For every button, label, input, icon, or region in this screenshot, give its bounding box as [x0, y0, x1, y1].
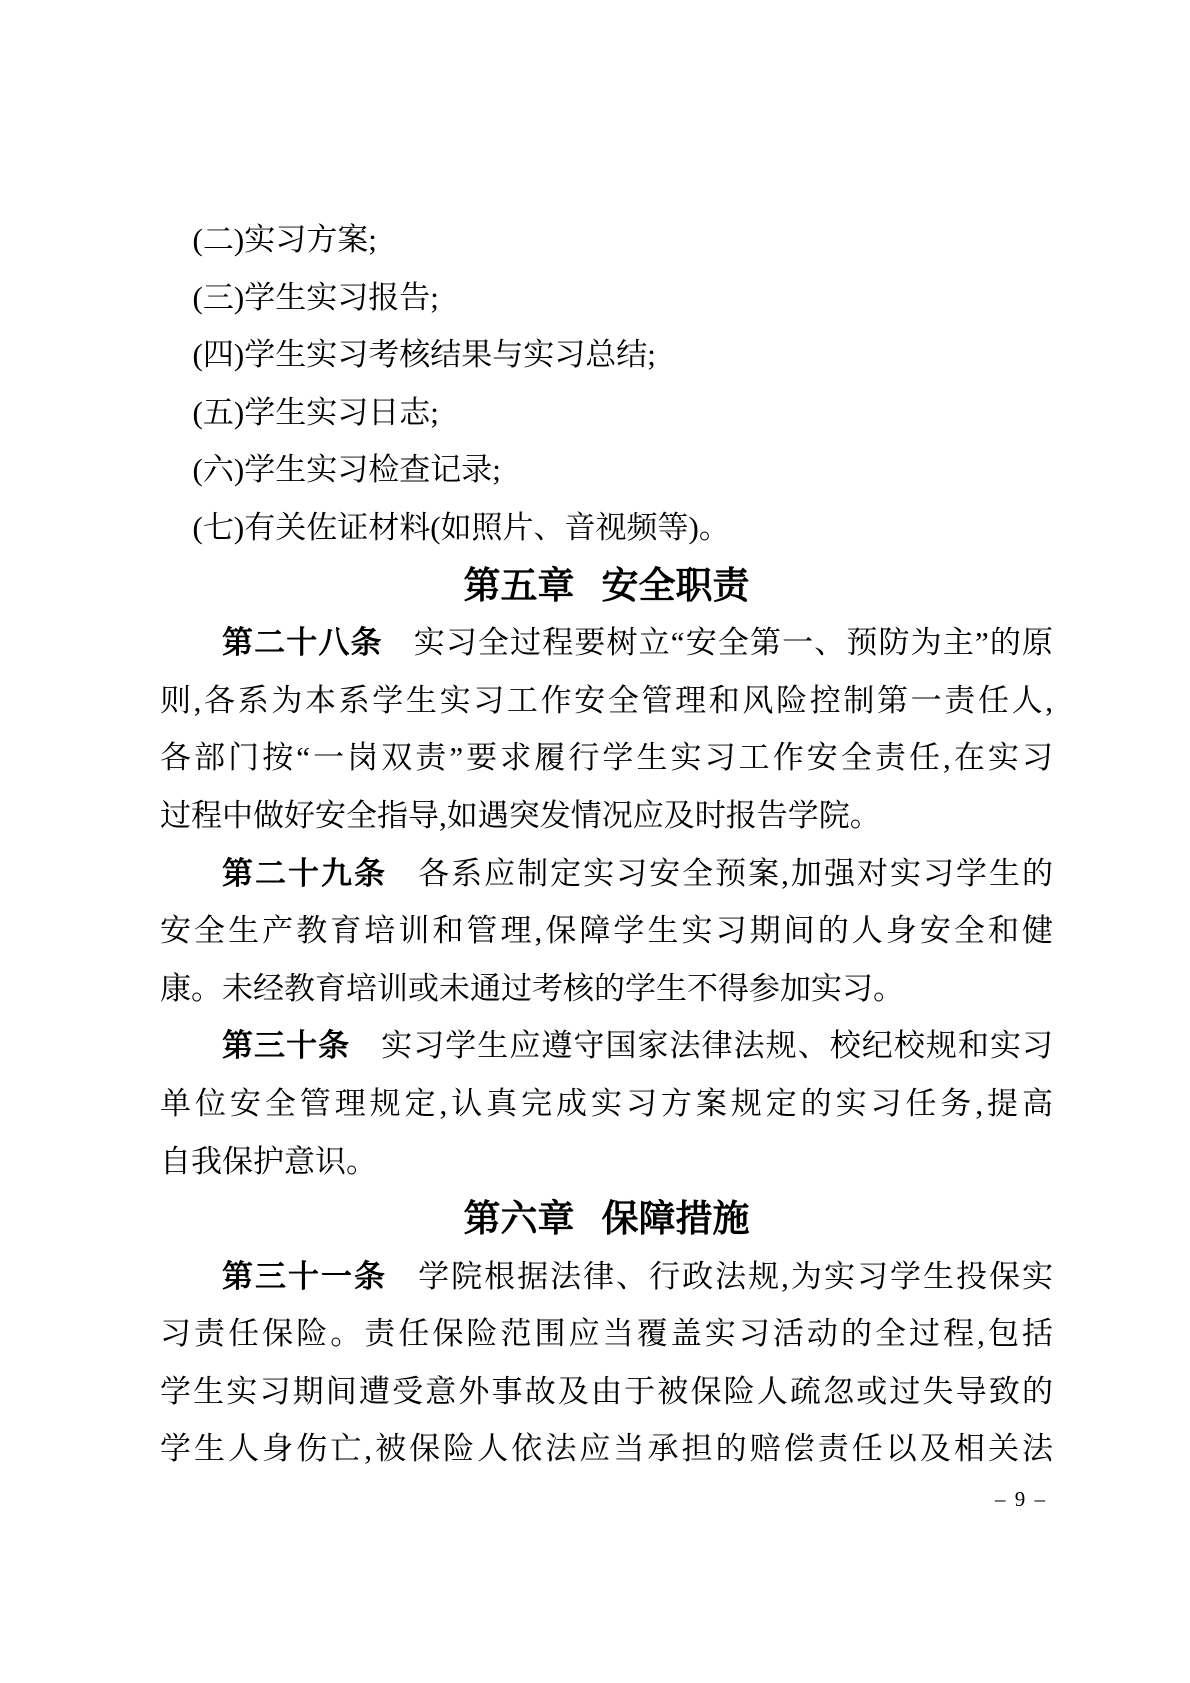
paragraph-line: 第二十八条实习全过程要树立“安全第一、预防为主”的原	[160, 614, 1053, 672]
document-content: (二)实习方案;(三)学生实习报告;(四)学生实习考核结果与实习总结;(五)学生…	[160, 211, 1053, 1478]
paragraph-text: 各系应制定实习安全预案,加强对实习学生的	[418, 856, 1053, 891]
article-number: 第二十九条	[222, 856, 387, 891]
paragraph-line: 过程中做好安全指导,如遇突发情况应及时报告学院。	[160, 787, 1053, 845]
paragraph-line: 第三十条实习学生应遵守国家法律法规、校纪校规和实习	[160, 1017, 1053, 1075]
paragraph-line: 第二十九条各系应制定实习安全预案,加强对实习学生的	[160, 845, 1053, 903]
list-item: (六)学生实习检查记录;	[160, 441, 1053, 499]
paragraph-line: 则,各系为本系学生实习工作安全管理和风险控制第一责任人,	[160, 672, 1053, 730]
paragraph-line: 康。未经教育培训或未通过考核的学生不得参加实习。	[160, 960, 1053, 1018]
article-number: 第三十条	[222, 1028, 350, 1063]
paragraph-line: 单位安全管理规定,认真完成实习方案规定的实习任务,提高	[160, 1075, 1053, 1133]
chapter-heading: 第六章 保障措施	[160, 1190, 1053, 1248]
list-item: (五)学生实习日志;	[160, 384, 1053, 442]
paragraph-text: 实习学生应遵守国家法律法规、校纪校规和实习	[381, 1028, 1053, 1063]
paragraph-line: 第三十一条学院根据法律、行政法规,为实习学生投保实	[160, 1248, 1053, 1306]
chapter-heading: 第五章 安全职责	[160, 557, 1053, 615]
paragraph-line: 学生人身伤亡,被保险人依法应当承担的赔偿责任以及相关法	[160, 1420, 1053, 1478]
paragraph-line: 各部门按“一岗双责”要求履行学生实习工作安全责任,在实习	[160, 729, 1053, 787]
list-item: (三)学生实习报告;	[160, 269, 1053, 327]
paragraph-line: 自我保护意识。	[160, 1133, 1053, 1191]
article-number: 第二十八条	[222, 625, 383, 660]
list-item: (四)学生实习考核结果与实习总结;	[160, 326, 1053, 384]
paragraph-line: 习责任保险。责任保险范围应当覆盖实习活动的全过程,包括	[160, 1305, 1053, 1363]
article-number: 第三十一条	[222, 1259, 387, 1294]
paragraph-text: 实习全过程要树立“安全第一、预防为主”的原	[414, 625, 1053, 660]
paragraph-line: 学生实习期间遭受意外事故及由于被保险人疏忽或过失导致的	[160, 1363, 1053, 1421]
paragraph-text: 学院根据法律、行政法规,为实习学生投保实	[418, 1259, 1053, 1294]
page-number: – 9 –	[995, 1487, 1047, 1512]
list-item: (七)有关佐证材料(如照片、音视频等)。	[160, 499, 1053, 557]
paragraph-line: 安全生产教育培训和管理,保障学生实习期间的人身安全和健	[160, 902, 1053, 960]
document-page: (二)实习方案;(三)学生实习报告;(四)学生实习考核结果与实习总结;(五)学生…	[0, 0, 1190, 1683]
list-item: (二)实习方案;	[160, 211, 1053, 269]
